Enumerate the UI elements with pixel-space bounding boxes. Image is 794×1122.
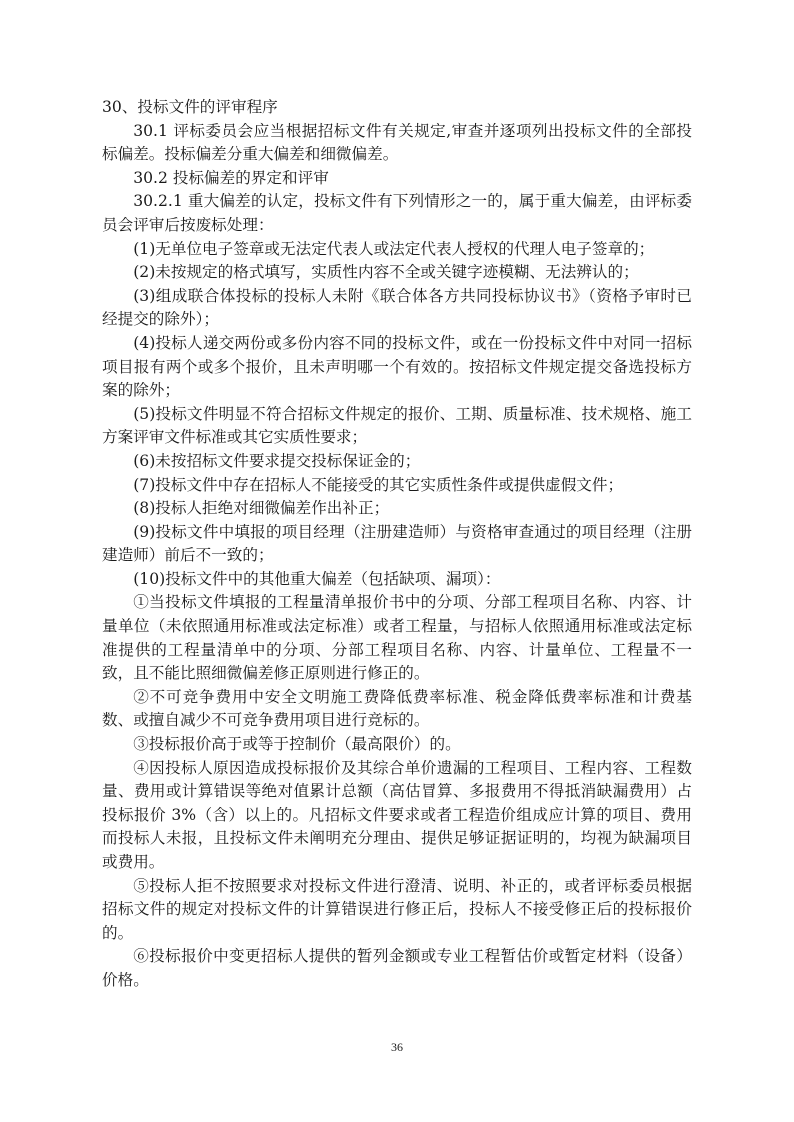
sub-item-5: ⑤投标人拒不按照要求对投标文件进行澄清、说明、补正的，或者评标委员根据招标文件的… [102,875,692,946]
sub-item-4: ④因投标人原因造成投标报价及其综合单价遗漏的工程项目、工程内容、工程数量、费用或… [102,757,692,875]
paragraph-30-1: 30.1 评标委员会应当根据招标文件有关规定,审查并逐项列出投标文件的全部投标偏… [102,120,692,167]
list-item-10: (10)投标文件中的其他重大偏差（包括缺项、漏项）： [102,568,692,592]
section-heading: 30、投标文件的评审程序 [102,96,692,120]
list-item-4: (4)投标人递交两份或多份内容不同的投标文件，或在一份投标文件中对同一招标项目报… [102,332,692,403]
paragraph-30-2-1: 30.2.1 重大偏差的认定，投标文件有下列情形之一的，属于重大偏差，由评标委员… [102,190,692,237]
document-page: 30、投标文件的评审程序 30.1 评标委员会应当根据招标文件有关规定,审查并逐… [102,96,692,993]
list-item-1: (1)无单位电子签章或无法定代表人或法定代表人授权的代理人电子签章的； [102,238,692,262]
page-number: 36 [0,1040,794,1055]
list-item-6: (6)未按招标文件要求提交投标保证金的； [102,450,692,474]
list-item-8: (8)投标人拒绝对细微偏差作出补正； [102,497,692,521]
list-item-7: (7)投标文件中存在招标人不能接受的其它实质性条件或提供虚假文件； [102,474,692,498]
list-item-3: (3)组成联合体投标的投标人未附《联合体各方共同投标协议书》（资格予审时已经提交… [102,285,692,332]
sub-item-1: ①当投标文件填报的工程量清单报价书中的分项、分部工程项目名称、内容、计量单位（未… [102,591,692,685]
sub-item-2: ②不可竞争费用中安全文明施工费降低费率标准、税金降低费率标准和计费基数、或擅自减… [102,686,692,733]
list-item-2: (2)未按规定的格式填写，实质性内容不全或关键字迹模糊、无法辨认的； [102,261,692,285]
list-item-5: (5)投标文件明显不符合招标文件规定的报价、工期、质量标准、技术规格、施工方案评… [102,403,692,450]
list-item-9: (9)投标文件中填报的项目经理（注册建造师）与资格审查通过的项目经理（注册建造师… [102,521,692,568]
sub-item-3: ③投标报价高于或等于控制价（最高限价）的。 [102,733,692,757]
sub-item-6: ⑥投标报价中变更招标人提供的暂列金额或专业工程暂估价或暂定材料（设备）价格。 [102,945,692,992]
paragraph-30-2: 30.2 投标偏差的界定和评审 [102,167,692,191]
